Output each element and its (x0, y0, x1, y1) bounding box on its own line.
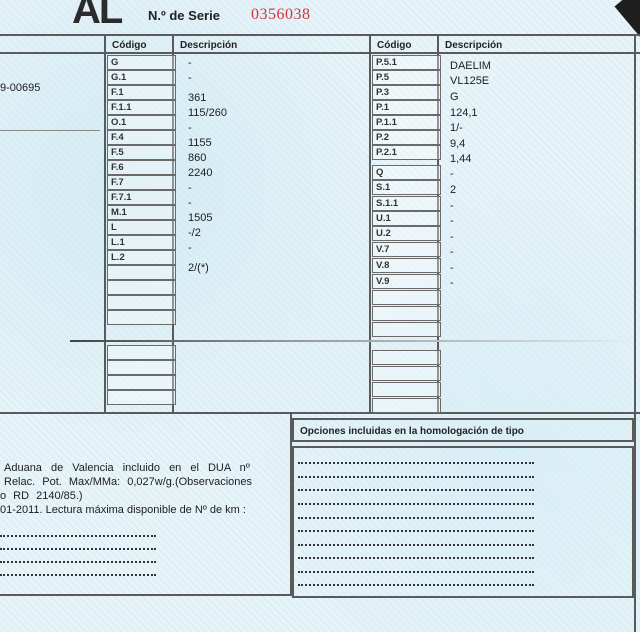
desc-value: 1505 (188, 212, 212, 224)
code-cell: F.1 (107, 85, 176, 100)
desc-value: 860 (188, 152, 206, 164)
code-cell: L (107, 220, 176, 235)
desc-value: - (450, 200, 454, 212)
blank-line (298, 462, 534, 464)
document-id-fragment: 9-00695 (0, 82, 40, 94)
code-cell: F.7 (107, 175, 176, 190)
code-cell: O.1 (107, 115, 176, 130)
code-cell (372, 290, 441, 305)
desc-value: - (188, 242, 192, 254)
desc-value: - (450, 215, 454, 227)
code-cell: L.2 (107, 250, 176, 265)
desc-value: 124,1 (450, 107, 478, 119)
desc-value: - (188, 197, 192, 209)
desc-value: - (188, 122, 192, 134)
code-cell: F.5 (107, 145, 176, 160)
code-cell (372, 322, 441, 337)
desc-value: 115/260 (188, 107, 227, 119)
desc-value: 9,4 (450, 138, 465, 150)
code-cell (372, 398, 441, 413)
code-cell: U.2 (372, 226, 441, 241)
code-cell: V.7 (372, 242, 441, 257)
code-cell (107, 310, 176, 325)
code-cell: V.9 (372, 274, 441, 289)
desc-value: DAELIM (450, 60, 491, 72)
desc-value: - (450, 277, 454, 289)
left-section-divider (0, 130, 100, 131)
blank-line (298, 517, 534, 519)
blank-line (0, 561, 156, 563)
blank-line (0, 574, 156, 576)
code-cell: S.1 (372, 180, 441, 195)
header-codigo-right: Código (377, 40, 411, 51)
opciones-header-box: Opciones incluidas en la homologación de… (292, 418, 634, 442)
desc-value: - (188, 182, 192, 194)
code-cell: P.5.1 (372, 55, 441, 70)
code-cell: S.1.1 (372, 196, 441, 211)
code-cell: G.1 (107, 70, 176, 85)
col-divider-3 (369, 34, 371, 414)
desc-value: 1155 (188, 137, 212, 149)
desc-value: 1/- (450, 122, 463, 134)
right-border (634, 34, 636, 632)
code-cell: P.2 (372, 130, 441, 145)
code-cell (107, 360, 176, 375)
code-cell (107, 280, 176, 295)
desc-value: VL125E (450, 75, 489, 87)
code-cell: U.1 (372, 211, 441, 226)
code-cell: P.1.1 (372, 115, 441, 130)
code-cell (107, 345, 176, 360)
col-divider-1 (104, 34, 106, 414)
code-cell: Q (372, 165, 441, 180)
code-cell: V.8 (372, 258, 441, 273)
desc-value: G (450, 91, 459, 103)
observation-line: Aduana de Valencia incluido en el DUA nº (4, 462, 250, 474)
code-cell: P.5 (372, 70, 441, 85)
blank-line (298, 530, 534, 532)
table-top-border (0, 34, 640, 36)
desc-value: - (450, 231, 454, 243)
serie-label: N.º de Serie (148, 8, 220, 23)
code-cell: F.6 (107, 160, 176, 175)
code-cell: F.4 (107, 130, 176, 145)
code-cell: G (107, 55, 176, 70)
code-cell (372, 382, 441, 397)
code-cell (107, 265, 176, 280)
blank-line (298, 476, 534, 478)
blank-line (298, 584, 534, 586)
serie-number: 0356038 (251, 6, 311, 24)
code-cell: F.7.1 (107, 190, 176, 205)
code-cell (372, 306, 441, 321)
desc-value: - (450, 262, 454, 274)
desc-value: - (188, 57, 192, 69)
opciones-title: Opciones incluidas en la homologación de… (300, 426, 524, 437)
observation-line: o RD 2140/85.) (0, 490, 83, 502)
code-cell (372, 350, 441, 365)
code-cell (372, 366, 441, 381)
observation-line: 01-2011. Lectura máxima disponible de Nº… (0, 504, 246, 516)
code-cell (107, 375, 176, 390)
desc-value: 361 (188, 92, 206, 104)
header-bottom-border (0, 52, 640, 54)
blank-line (298, 544, 534, 546)
code-cell: P.3 (372, 85, 441, 100)
code-cell (107, 390, 176, 405)
paper-crease (70, 340, 630, 342)
blank-line (298, 503, 534, 505)
header-descripcion-right: Descripción (445, 40, 502, 51)
desc-value: - (188, 72, 192, 84)
blank-line (298, 489, 534, 491)
desc-value: - (450, 168, 454, 180)
opciones-content-box (292, 446, 634, 598)
desc-value: 2240 (188, 167, 212, 179)
header-descripcion-left: Descripción (180, 40, 237, 51)
desc-value: - (450, 246, 454, 258)
code-cell: F.1.1 (107, 100, 176, 115)
header-codigo-left: Código (112, 40, 146, 51)
code-cell: M.1 (107, 205, 176, 220)
logo: AL (72, 0, 121, 33)
blank-line (298, 571, 534, 573)
desc-value: 2 (450, 184, 456, 196)
code-cell: P.1 (372, 100, 441, 115)
blank-line (298, 557, 534, 559)
desc-value: 2/(*) (188, 262, 209, 274)
desc-value: 1,44 (450, 153, 471, 165)
code-cell: L.1 (107, 235, 176, 250)
code-cell (107, 295, 176, 310)
code-cell: P.2.1 (372, 145, 441, 160)
observation-line: Relac. Pot. Max/MMa: 0,027w/g.(Observaci… (4, 476, 252, 488)
desc-value: -/2 (188, 227, 201, 239)
blank-line (0, 535, 156, 537)
blank-line (0, 548, 156, 550)
